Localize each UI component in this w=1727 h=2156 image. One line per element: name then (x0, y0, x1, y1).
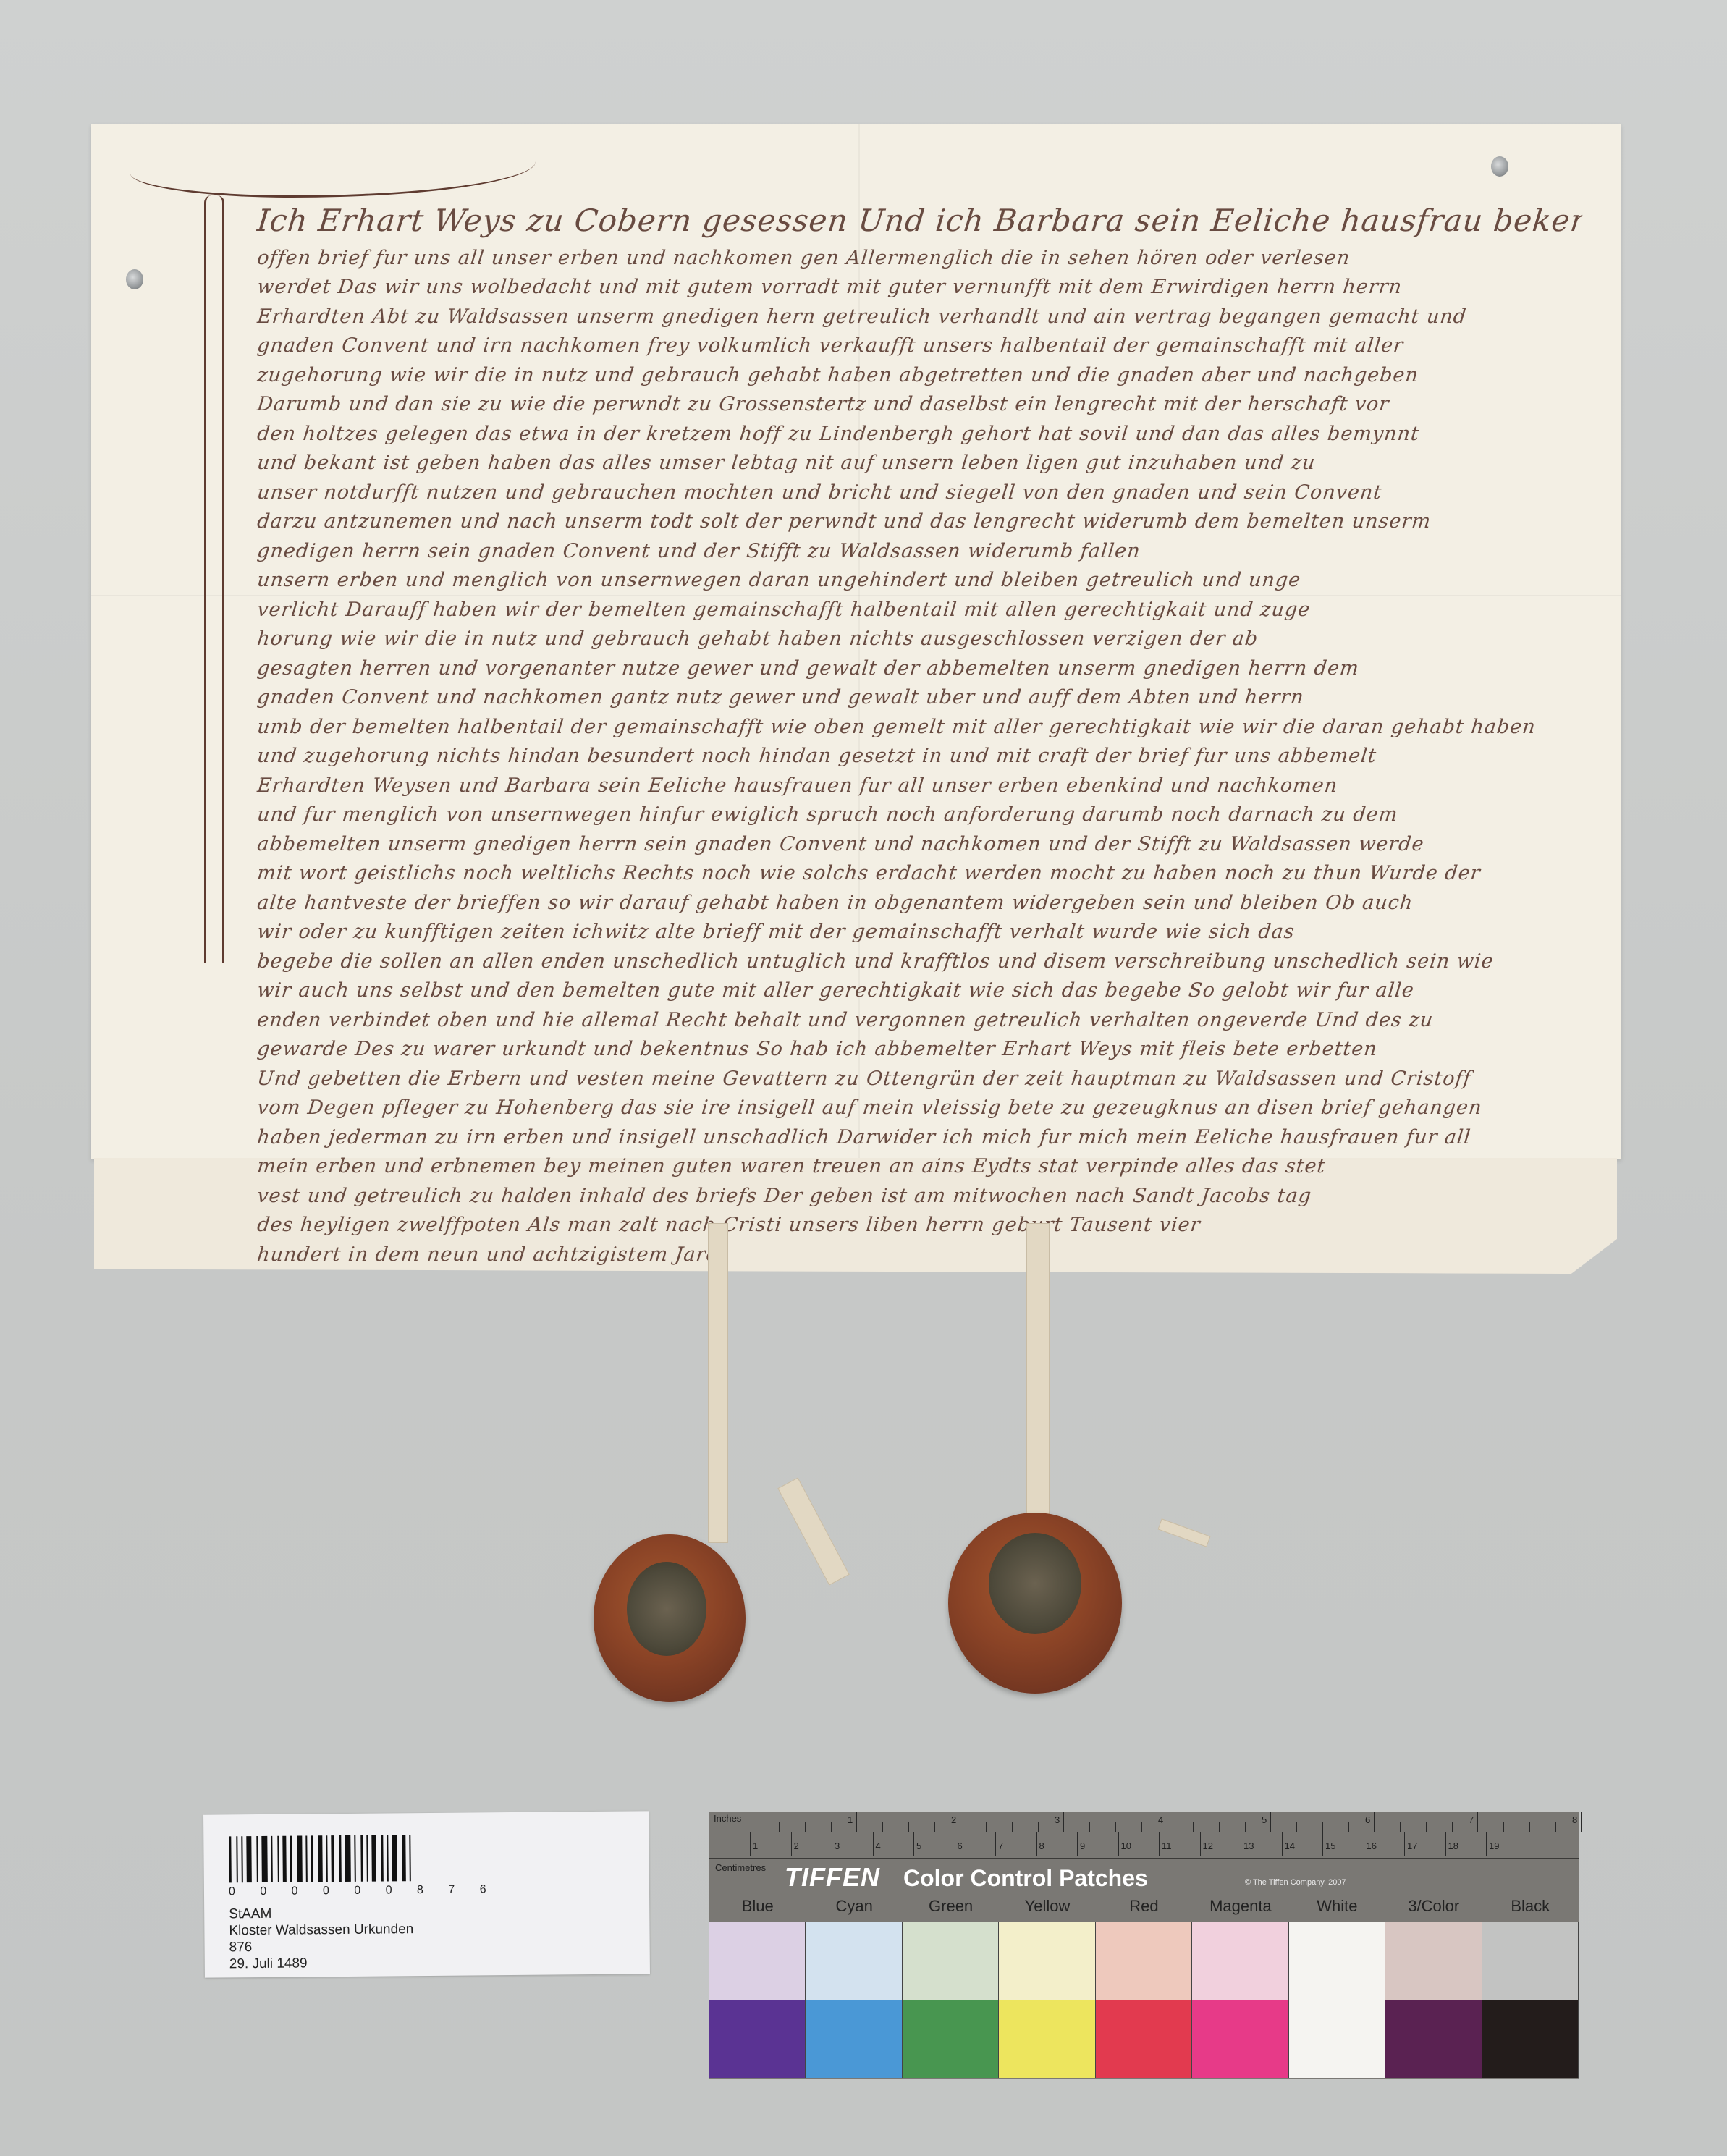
patch-3-color (1385, 1922, 1482, 2078)
archive-name: StAAM (229, 1904, 413, 1922)
patch-label: Green (903, 1897, 999, 1916)
cm-mark: 3 (835, 1840, 840, 1851)
patch-white (1289, 1922, 1385, 2078)
charter-line: gnaden Convent und nachkomen gantz nutz … (256, 686, 1583, 714)
chart-title: Color Control Patches (903, 1865, 1148, 1892)
wax-seal-right (948, 1513, 1122, 1694)
inch-mark: 1 (848, 1814, 853, 1825)
inches-label: Inches (714, 1813, 741, 1824)
cm-mark: 13 (1243, 1840, 1254, 1851)
patch-cyan (806, 1922, 902, 2078)
charter-line: vom Degen pfleger zu Hohenberg das sie i… (256, 1096, 1583, 1124)
cm-mark: 8 (1039, 1840, 1044, 1851)
archive-label: 0 0 0 0 0 0 8 7 6 StAAM Kloster Waldsass… (203, 1811, 650, 1977)
charter-line: gnaden Convent und irn nachkomen frey vo… (256, 334, 1583, 362)
mounting-hole-right (1491, 156, 1508, 177)
charter-line: verlicht Darauff haben wir der bemelten … (256, 599, 1583, 626)
cm-mark: 19 (1489, 1840, 1499, 1851)
charter-line: gesagten herren und vorgenanter nutze ge… (256, 657, 1583, 685)
charter-line: darzu antzunemen und nach unserm todt so… (256, 510, 1583, 538)
inch-mark: 7 (1469, 1814, 1474, 1825)
cm-mark: 16 (1367, 1840, 1377, 1851)
charter-line: horung wie wir die in nutz und gebrauch … (256, 627, 1583, 655)
charter-line: mein erben und erbnemen bey meinen guten… (256, 1155, 1583, 1183)
charter-line: unsern erben und menglich von unsernwege… (256, 569, 1583, 596)
charter-line: und zugehorung nichts hindan besundert n… (256, 745, 1583, 772)
barcode-digits: 0 0 0 0 0 0 8 7 6 (229, 1883, 497, 1898)
charter-line: haben jederman zu irn erben und insigell… (256, 1126, 1583, 1154)
cm-mark: 5 (916, 1840, 921, 1851)
patch-label: Black (1482, 1897, 1579, 1916)
charter-line: enden verbindet oben und hie allemal Rec… (256, 1009, 1583, 1036)
patch-label: Magenta (1192, 1897, 1288, 1916)
wax-seal-left (594, 1534, 746, 1702)
charter-line: offen brief fur uns all unser erben und … (256, 247, 1583, 274)
cm-mark: 18 (1448, 1840, 1458, 1851)
charter-line: Erhardten Weysen und Barbara sein Eelich… (256, 774, 1583, 802)
charter-line: Erhardten Abt zu Waldsassen unserm gnedi… (256, 305, 1583, 333)
charter-line: begebe die sollen an allen enden unsched… (256, 950, 1583, 978)
patch-label: White (1289, 1897, 1385, 1916)
charter-line: unser notdurfft nutzen und gebrauchen mo… (256, 481, 1583, 509)
color-patches (709, 1922, 1579, 2078)
patch-label: Yellow (999, 1897, 1095, 1916)
cm-mark: 6 (958, 1840, 963, 1851)
patch-blue (709, 1922, 806, 2078)
charter-text: Ich Erhart Weys zu Cobern gesessen Und i… (257, 203, 1582, 1272)
patch-labels: BlueCyanGreenYellowRedMagentaWhite3/Colo… (709, 1897, 1579, 1916)
cm-mark: 9 (1080, 1840, 1085, 1851)
cm-mark: 12 (1203, 1840, 1213, 1851)
charter-number: 876 (229, 1937, 414, 1956)
charter-line: umb der bemelten halbentail der gemainsc… (256, 716, 1583, 743)
patch-red (1096, 1922, 1192, 2078)
patch-black (1482, 1922, 1579, 2078)
initial-letter-bar (204, 195, 224, 963)
inch-mark: 6 (1365, 1814, 1370, 1825)
inch-mark: 2 (951, 1814, 956, 1825)
color-control-chart: Inches 123456781234567891011121314151617… (709, 1812, 1579, 2079)
inch-mark: 3 (1055, 1814, 1060, 1825)
charter-line: vest und getreulich zu halden inhald des… (256, 1185, 1583, 1212)
charter-line: hundert in dem neun und achtzigistem Jar… (256, 1243, 1583, 1271)
patch-label: Cyan (806, 1897, 902, 1916)
patch-green (903, 1922, 999, 2078)
patch-label: 3/Color (1385, 1897, 1482, 1916)
charter-line: zugehorung wie wir die in nutz und gebra… (256, 364, 1583, 392)
cm-mark: 2 (794, 1840, 799, 1851)
cm-mark: 7 (998, 1840, 1003, 1851)
charter-line: Ich Erhart Weys zu Cobern gesessen Und i… (255, 203, 1584, 245)
centimetres-label: Centimetres (715, 1862, 766, 1873)
inch-mark: 4 (1158, 1814, 1163, 1825)
charter-line: wir oder zu kunfftigen zeiten ichwitz al… (256, 921, 1583, 948)
mounting-hole-left (126, 269, 143, 289)
charter-date: 29. Juli 1489 (229, 1954, 414, 1972)
charter-line: gewarde Des zu warer urkundt und bekentn… (256, 1038, 1583, 1065)
cm-mark: 10 (1121, 1840, 1131, 1851)
copyright: © The Tiffen Company, 2007 (1245, 1878, 1346, 1887)
cm-mark: 14 (1285, 1840, 1295, 1851)
charter-line: und bekant ist geben haben das alles ums… (256, 452, 1583, 479)
cm-mark: 15 (1325, 1840, 1335, 1851)
ruler: Inches 123456781234567891011121314151617… (709, 1812, 1579, 1859)
patch-magenta (1192, 1922, 1288, 2078)
seal-strap-right (1026, 1223, 1050, 1529)
inch-mark: 8 (1572, 1814, 1577, 1825)
seal-strap-left (708, 1223, 728, 1543)
patch-yellow (999, 1922, 1095, 2078)
tiffen-logo: TIFFEN (785, 1862, 880, 1893)
charter-line: abbemelten unserm gnedigen herrn sein gn… (256, 833, 1583, 861)
charter-line: Darumb und dan sie zu wie die perwndt zu… (256, 393, 1583, 420)
cm-mark: 1 (753, 1840, 758, 1851)
collection-name: Kloster Waldsassen Urkunden (229, 1921, 413, 1939)
patch-label: Blue (709, 1897, 806, 1916)
cm-mark: 17 (1407, 1840, 1417, 1851)
seal-impression-right (989, 1533, 1081, 1634)
charter-line: und fur menglich von unsernwegen hinfur … (256, 803, 1583, 831)
seal-impression-left (627, 1562, 706, 1656)
charter-line: mit wort geistlichs noch weltlichs Recht… (256, 862, 1583, 889)
inch-mark: 5 (1262, 1814, 1267, 1825)
barcode (229, 1835, 413, 1882)
charter-line: gnedigen herrn sein gnaden Convent und d… (256, 540, 1583, 567)
cm-mark: 11 (1162, 1840, 1172, 1851)
patch-label: Red (1096, 1897, 1192, 1916)
charter-line: den holtzes gelegen das etwa in der kret… (256, 423, 1583, 450)
cm-mark: 4 (876, 1840, 881, 1851)
charter-line: wir auch uns selbst und den bemelten gut… (256, 979, 1583, 1007)
charter-line: werdet Das wir uns wolbedacht und mit gu… (256, 276, 1583, 303)
charter-line: des heyligen zwelffpoten Als man zalt na… (256, 1214, 1583, 1241)
charter-line: Und gebetten die Erbern und vesten meine… (256, 1068, 1583, 1095)
charter-line: alte hantveste der brieffen so wir darau… (256, 892, 1583, 919)
